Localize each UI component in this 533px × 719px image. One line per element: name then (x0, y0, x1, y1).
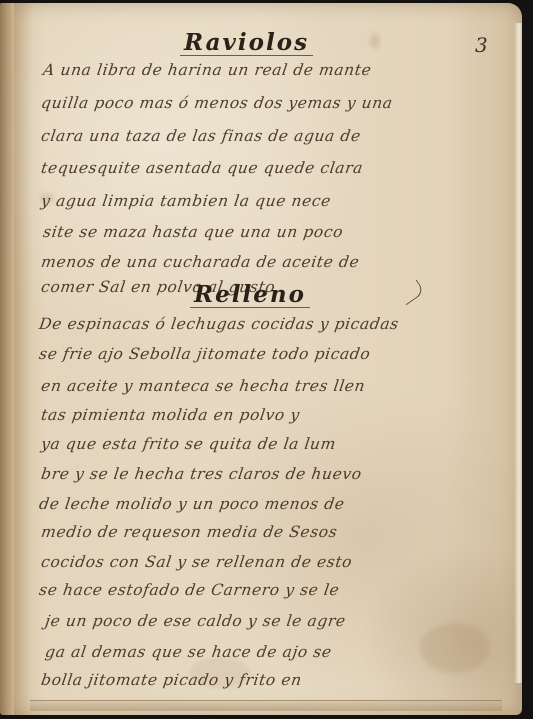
text-line: De espinacas ó lechugas cocidas y picada… (38, 315, 400, 333)
page-bottom-fold (30, 700, 502, 711)
text-line: de leche molido y un poco menos de (38, 495, 346, 513)
text-line: A una libra de harina un real de mante (42, 61, 373, 79)
text-line: y agua limpia tambien la que nece (40, 192, 332, 210)
manuscript-page: 3 Raviolos A una libra de harina un real… (0, 3, 522, 715)
text-line: site se maza hasta que una un poco (42, 223, 344, 241)
text-line: menos de una cucharada de aceite de (40, 253, 361, 271)
page-right-edge (514, 23, 522, 683)
text-line: ya que esta frito se quita de la lum (40, 435, 337, 453)
recipe-title-relleno: Relleno (190, 283, 310, 308)
text-line: se hace estofado de Carnero y se le (38, 581, 341, 599)
text-line: cocidos con Sal y se rellenan de esto (40, 553, 353, 571)
text-line: quilla poco mas ó menos dos yemas y una (40, 94, 394, 112)
manuscript-scan: 3 Raviolos A una libra de harina un real… (0, 0, 533, 719)
text-line: se frie ajo Sebolla jitomate todo picado (38, 345, 372, 363)
check-mark-annotation (398, 280, 425, 305)
page-number: 3 (475, 33, 488, 57)
ink-stain (370, 33, 380, 49)
binding-shadow (14, 3, 32, 715)
text-line: bre y se le hecha tres claros de huevo (40, 465, 363, 483)
water-stain (420, 623, 490, 673)
text-line: ga al demas que se hace de ajo se (44, 643, 333, 661)
text-line: je un poco de ese caldo y se le agre (44, 612, 347, 630)
text-line: en aceite y manteca se hecha tres llen (40, 377, 366, 395)
text-line: tas pimienta molida en polvo y (40, 406, 301, 424)
text-line: clara una taza de las finas de agua de (40, 127, 362, 145)
text-line: medio de requeson media de Sesos (40, 523, 339, 541)
recipe-title-raviolos: Raviolos (180, 31, 313, 56)
text-line: tequesquite asentada que quede clara (40, 159, 364, 177)
text-line: bolla jitomate picado y frito en (40, 671, 303, 689)
page-binding-edge (0, 3, 14, 715)
